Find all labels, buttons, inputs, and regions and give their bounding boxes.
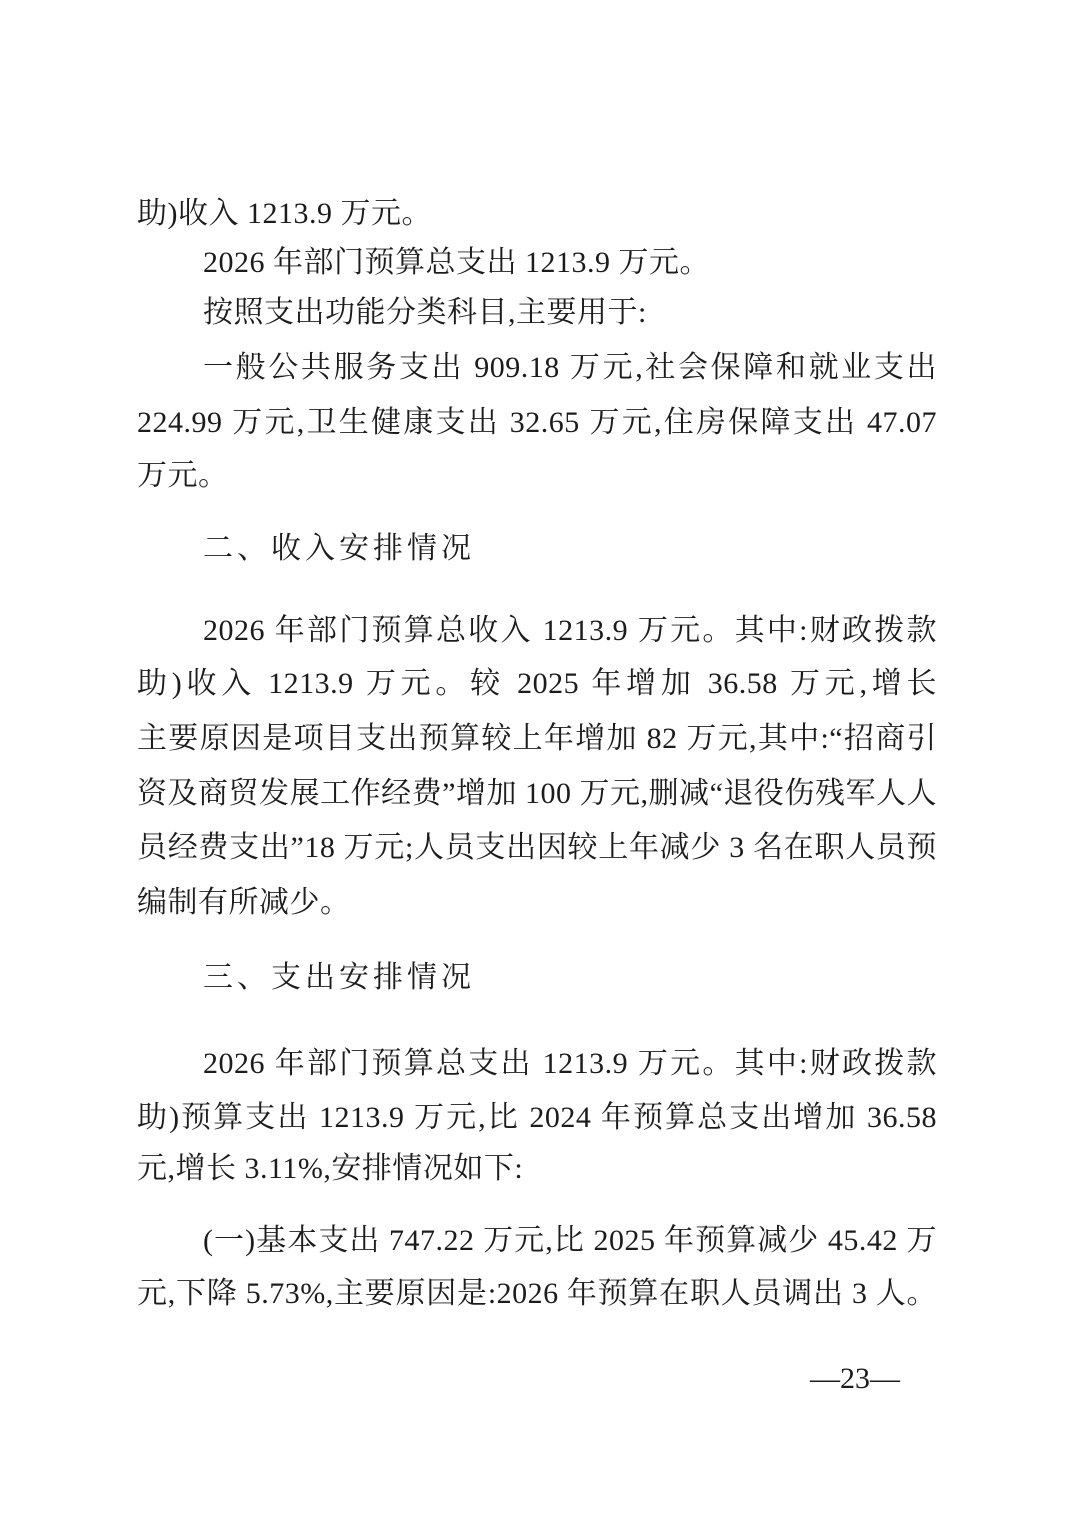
section-heading-income: 二、收入安排情况 xyxy=(137,521,937,577)
body-line: 助)收入 1213.9 万元。 xyxy=(137,186,937,242)
body-line: 2026 年部门预算总支出 1213.9 万元。 xyxy=(137,235,937,291)
body-line: 万元。 xyxy=(137,448,937,504)
body-line: 主要原因是项目支出预算较上年增加 82 万元,其中:“招商引 xyxy=(137,711,937,767)
body-line: 元,增长 3.11%,安排情况如下: xyxy=(137,1141,937,1197)
section-heading-expenditure: 三、支出安排情况 xyxy=(137,950,937,1006)
body-line: 助)预算支出 1213.9 万元,比 2024 年预算总支出增加 36.58 万 xyxy=(137,1090,937,1146)
body-line: 助)收入 1213.9 万元。较 2025 年增加 36.58 万元,增长 3.… xyxy=(137,656,937,712)
body-line: 编制有所减少。 xyxy=(137,875,937,931)
body-line: 资及商贸发展工作经费”增加 100 万元,删减“退役伤残军人人 xyxy=(137,766,937,822)
page-number: —23— xyxy=(810,1351,900,1407)
document-page: 助)收入 1213.9 万元。 2026 年部门预算总支出 1213.9 万元。… xyxy=(0,0,1074,1520)
body-line: 一般公共服务支出 909.18 万元,社会保障和就业支出 xyxy=(137,340,937,396)
body-line: (一)基本支出 747.22 万元,比 2025 年预算减少 45.42 万 xyxy=(137,1213,937,1269)
body-line: 按照支出功能分类科目,主要用于: xyxy=(137,285,937,341)
body-line: 元,下降 5.73%,主要原因是:2026 年预算在职人员调出 3 人。 xyxy=(137,1266,937,1322)
body-line: 2026 年部门预算总收入 1213.9 万元。其中:财政拨款(补 xyxy=(137,603,937,659)
body-line: 224.99 万元,卫生健康支出 32.65 万元,住房保障支出 47.07 xyxy=(137,395,937,451)
body-line: 2026 年部门预算总支出 1213.9 万元。其中:财政拨款(补 xyxy=(137,1036,937,1092)
body-line: 员经费支出”18 万元;人员支出因较上年减少 3 名在职人员预算 xyxy=(137,820,937,876)
